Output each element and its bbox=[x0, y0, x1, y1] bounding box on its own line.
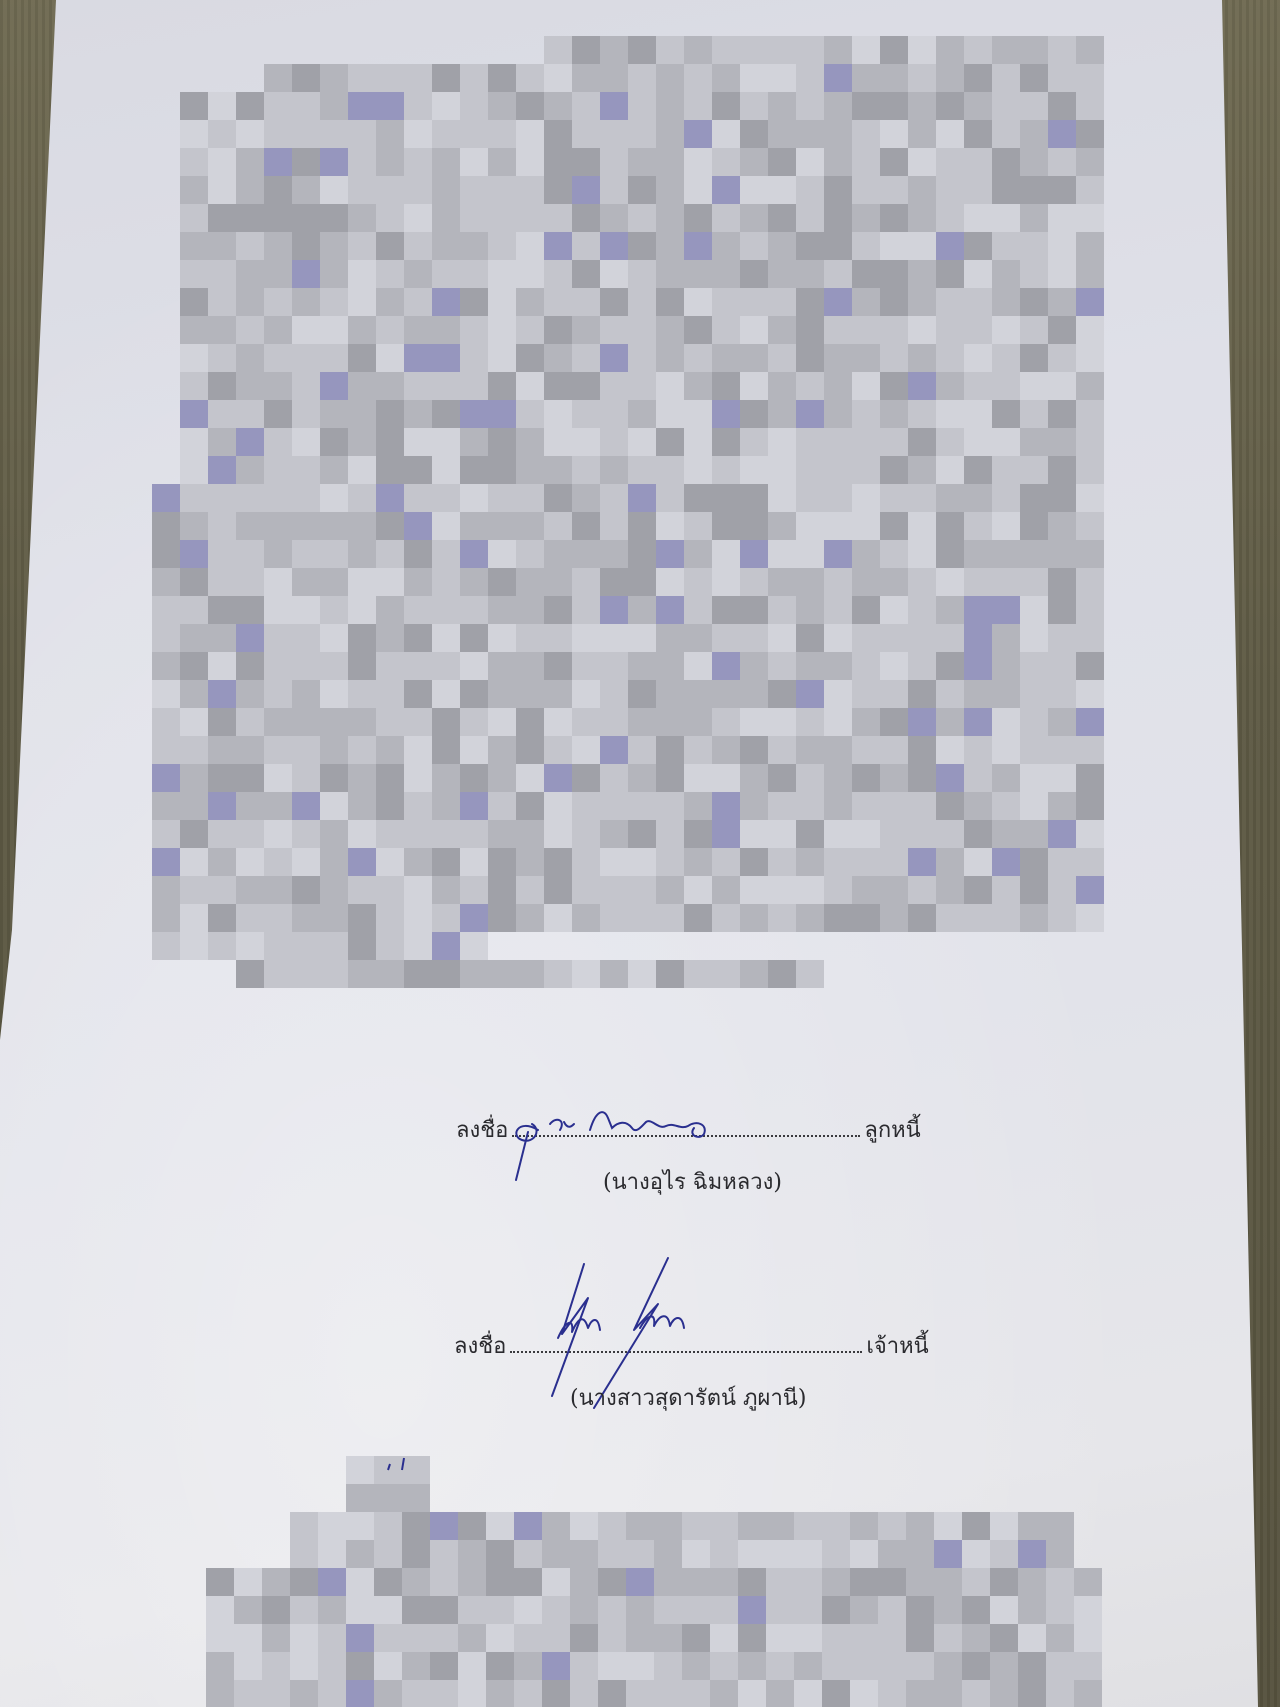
debtor-printed-name: (นางอุไร ฉิมหลวง) bbox=[603, 1164, 782, 1199]
document-page: ลงชื่อลูกหนี้ (นางอุไร ฉิมหลวง) ลงชื่อเจ… bbox=[0, 0, 1280, 1707]
creditor-printed-name: (นางสาวสุดารัตน์ ภูผานี) bbox=[570, 1380, 806, 1415]
sign-label: ลงชื่อ bbox=[456, 1118, 508, 1143]
redacted-body-text bbox=[152, 36, 1104, 988]
sign-label: ลงชื่อ bbox=[454, 1334, 506, 1359]
creditor-role: เจ้าหนี้ bbox=[866, 1334, 928, 1359]
redacted-footer-text bbox=[206, 1456, 1102, 1707]
pen-mark bbox=[380, 1454, 420, 1474]
debtor-role: ลูกหนี้ bbox=[864, 1118, 920, 1143]
